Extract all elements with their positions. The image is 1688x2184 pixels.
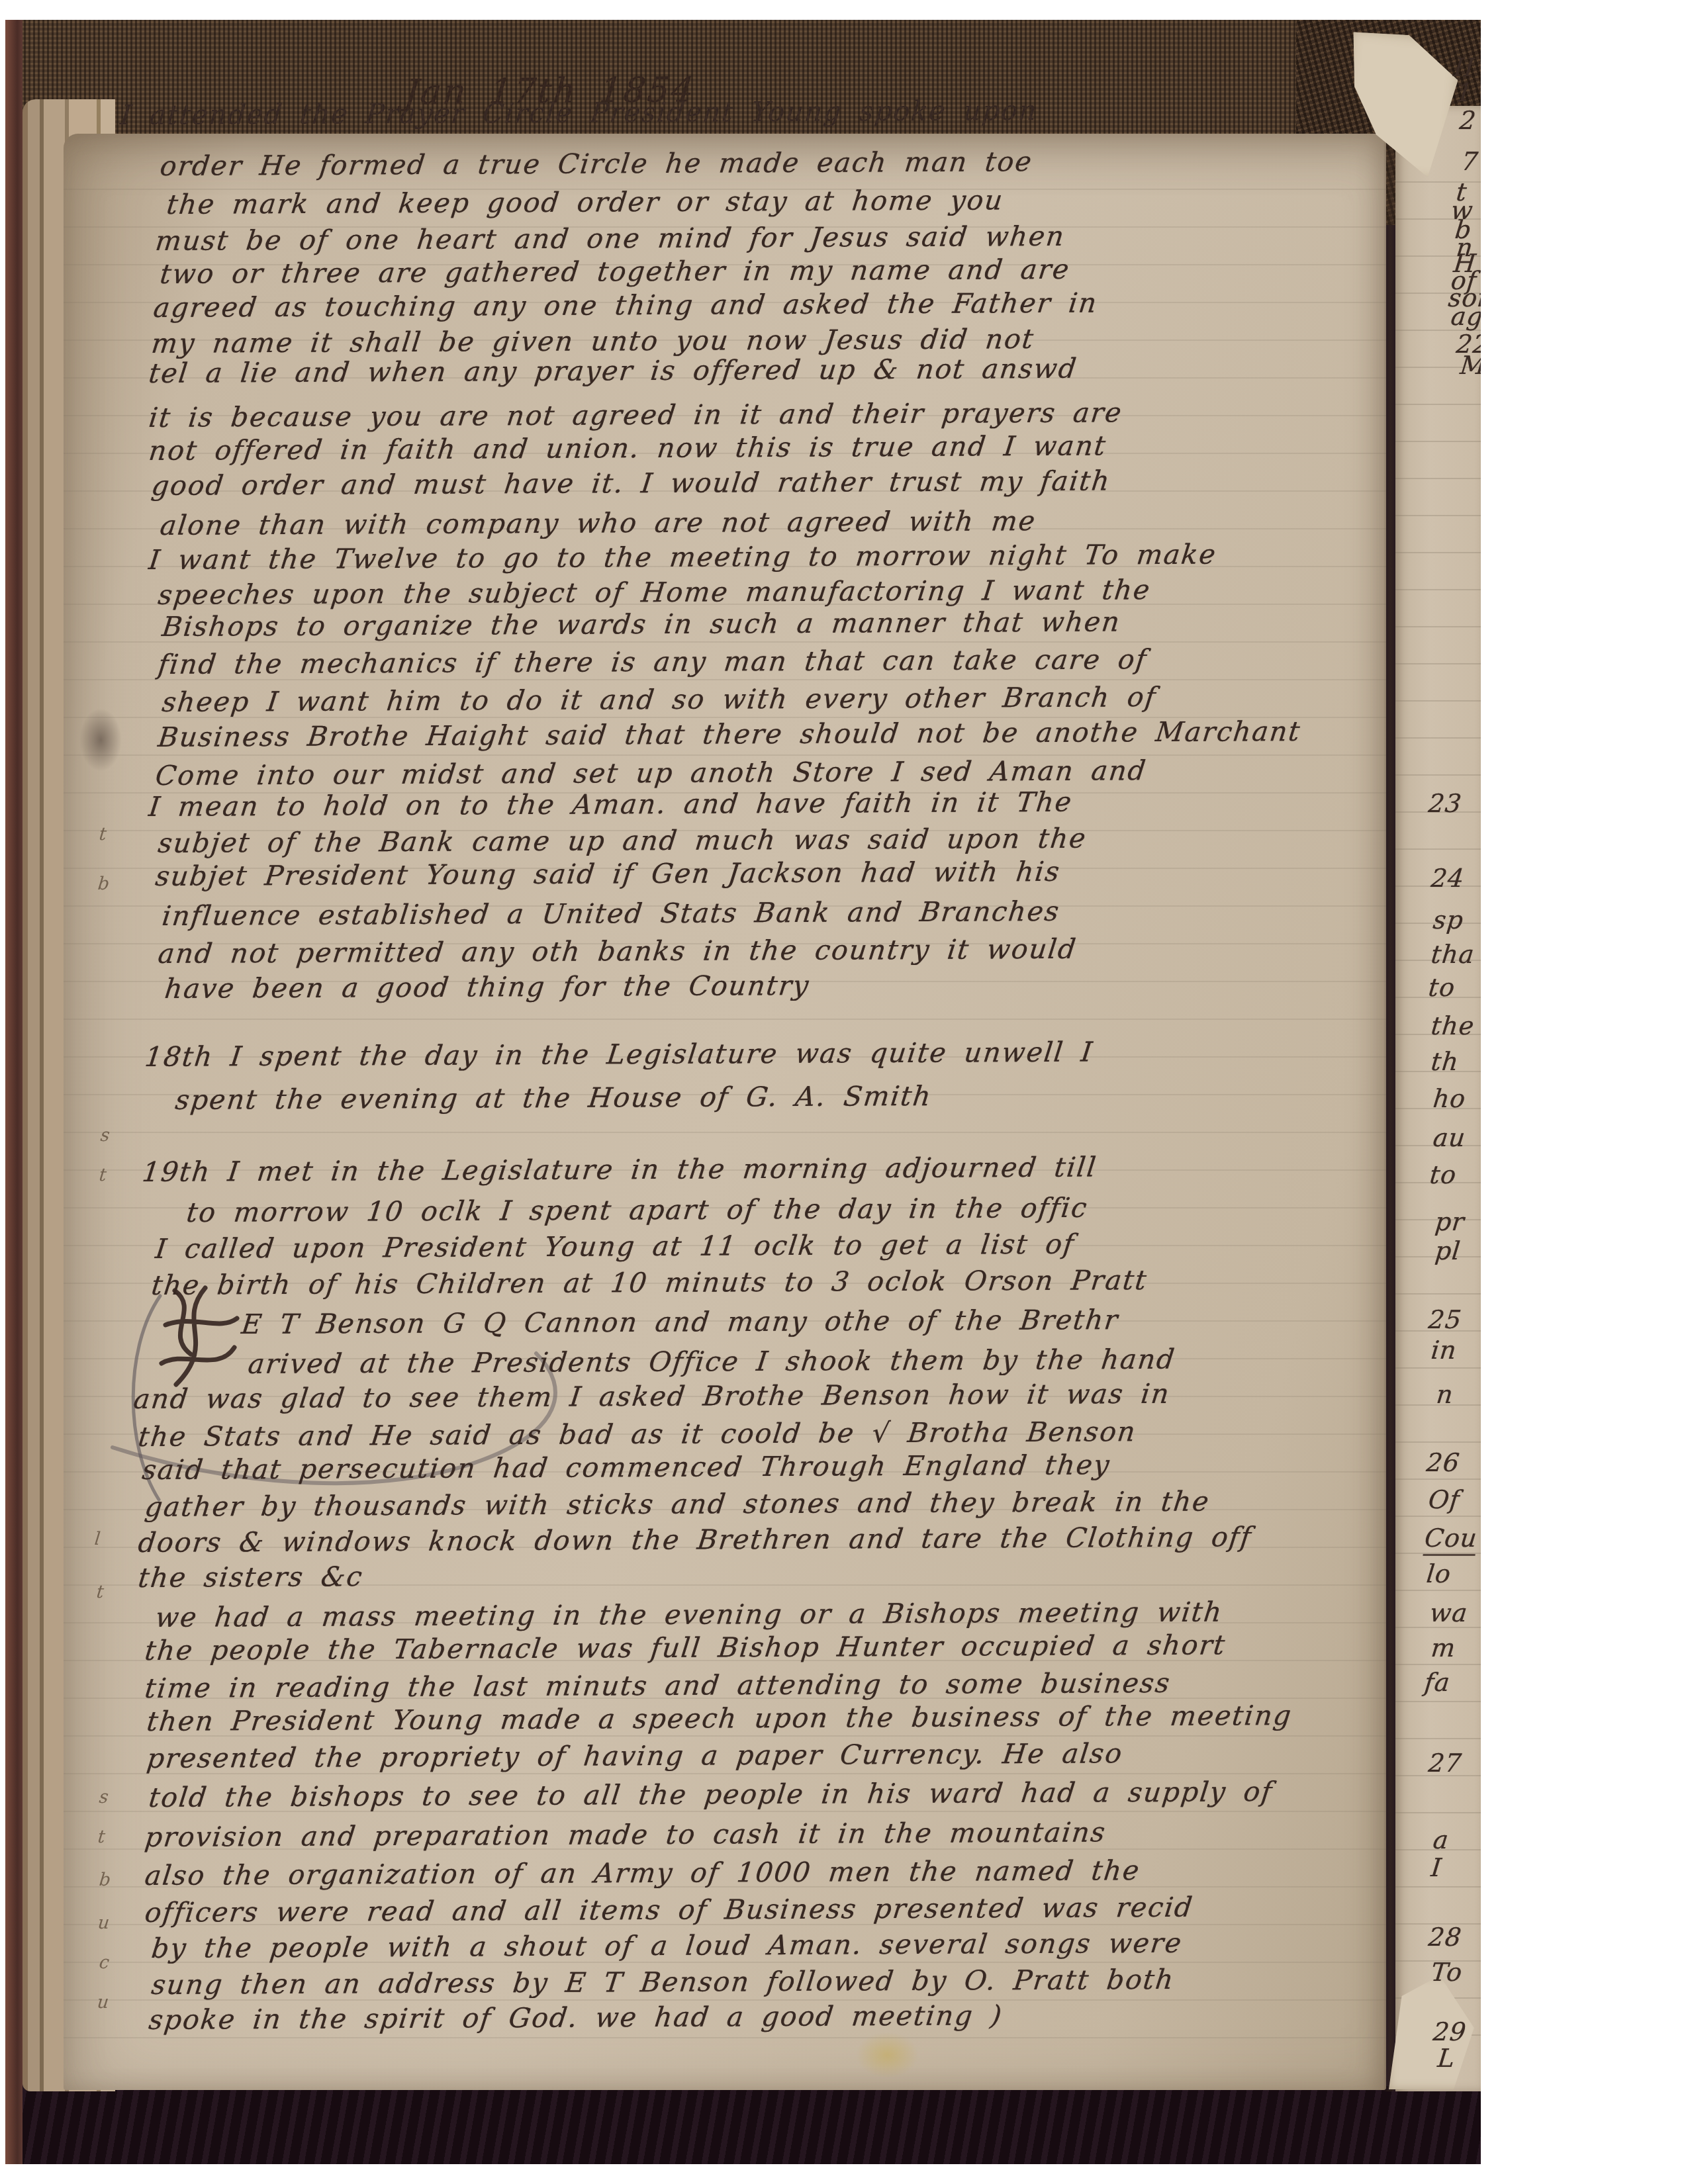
manuscript-line: I mean to hold on to the Aman. and have … — [147, 786, 1074, 823]
manuscript-line: I want the Twelve to go to the meeting t… — [147, 539, 1218, 576]
manuscript-line: spent the evening at the House of G. A. … — [173, 1080, 933, 1116]
manuscript-line: also the organization of an Army of 1000… — [143, 1854, 1142, 1891]
manuscript-line: gather by thousands with sticks and ston… — [143, 1486, 1211, 1523]
manuscript-line: doors & windows knock down the Brethren … — [136, 1521, 1254, 1559]
manuscript-line: I called upon President Young at 11 oclk… — [154, 1228, 1076, 1265]
adjacent-page-fragment: tha — [1430, 940, 1476, 969]
adjacent-page-fragment: Of — [1427, 1485, 1462, 1514]
adjacent-page-fragment: 28 — [1427, 1923, 1464, 1952]
journal-photo: Jan 17th 1854 I attended the Prayer Circ… — [5, 20, 1481, 2164]
manuscript-line: two or three are gathered together in my… — [158, 253, 1072, 290]
adjacent-page-fragment: ag — [1450, 302, 1481, 331]
manuscript-line: and was glad to see them I asked Brothe … — [132, 1378, 1172, 1415]
gutter-showthrough-mark: u — [97, 1913, 111, 1933]
adjacent-page-fragment: 24 — [1430, 864, 1466, 893]
gutter-showthrough-mark: t — [97, 1827, 106, 1847]
manuscript-line: order He formed a true Circle he made ea… — [158, 146, 1034, 182]
manuscript-line: provision and preparation made to cash i… — [143, 1816, 1107, 1853]
adjacent-page-fragment: M — [1459, 351, 1481, 380]
manuscript-line: the birth of his Children at 10 minuts t… — [150, 1264, 1149, 1301]
manuscript-line: told the bishops to see to all the peopl… — [147, 1776, 1274, 1813]
adjacent-page-fragment: pr — [1434, 1207, 1466, 1236]
adjacent-page-fragment: 7 — [1460, 147, 1480, 176]
manuscript-line: 18th I spent the day in the Legislature … — [143, 1036, 1095, 1073]
gutter-showthrough-mark: u — [96, 1992, 110, 2013]
adjacent-page-fragment: m — [1430, 1633, 1458, 1662]
manuscript-line: have been a good thing for the Country — [163, 970, 812, 1005]
manuscript-line: tel a lie and when any prayer is offered… — [147, 353, 1079, 389]
adjacent-page-fragment: the — [1430, 1011, 1476, 1040]
gutter-showthrough-mark: b — [98, 1870, 112, 1890]
adjacent-page-fragment: wa — [1429, 1598, 1470, 1627]
gutter-showthrough-mark: t — [98, 824, 107, 844]
manuscript-line: sheep I want him to do it and so with ev… — [160, 681, 1158, 718]
manuscript-line: officers were read and all items of Busi… — [143, 1891, 1195, 1929]
adjacent-page-fragment: 26 — [1425, 1448, 1462, 1477]
manuscript-line: by the people with a shout of a loud Ama… — [150, 1927, 1184, 1964]
manuscript-line: must be of one heart and one mind for Je… — [154, 220, 1066, 257]
manuscript-line: time in reading the last minuts and atte… — [143, 1667, 1172, 1704]
manuscript-line: spoke in the spirit of God. we had a goo… — [147, 1999, 1004, 2036]
adjacent-page-fragment: sp — [1432, 905, 1465, 934]
manuscript-line: alone than with company who are not agre… — [158, 505, 1038, 541]
gutter-showthrough-mark: s — [98, 1787, 109, 1807]
adjacent-page-fragment: 23 — [1427, 789, 1464, 818]
manuscript-line: arived at the Presidents Office I shook … — [246, 1343, 1177, 1380]
adjacent-page-fragment: to — [1429, 1160, 1458, 1189]
adjacent-page-fragment: au — [1432, 1123, 1468, 1152]
manuscript-line: to morrow 10 oclk I spent apart of the d… — [185, 1192, 1090, 1228]
manuscript-line: good order and must have it. I would rat… — [150, 465, 1112, 502]
gutter-showthrough-mark: l — [93, 1529, 101, 1549]
adjacent-page-fragment: fa — [1423, 1668, 1452, 1697]
adjacent-page-fragment: lo — [1425, 1559, 1453, 1588]
adjacent-page-fragment: in — [1430, 1336, 1458, 1365]
manuscript-line: the sisters &c — [136, 1561, 365, 1594]
manuscript-line: the people the Tabernacle was full Bisho… — [143, 1629, 1227, 1666]
adjacent-page-fragment: th — [1430, 1047, 1460, 1076]
manuscript-line: agreed as touching any one thing and ask… — [152, 287, 1100, 324]
gutter-showthrough-mark: c — [98, 1952, 110, 1973]
manuscript-line: said that persecution had commenced Thro… — [140, 1449, 1112, 1486]
manuscript-line: presented the propriety of having a pape… — [145, 1737, 1125, 1774]
adjacent-page-fragment: 27 — [1427, 1749, 1464, 1778]
adjacent-page-fragment: pl — [1434, 1236, 1462, 1265]
manuscript-line: then President Young made a speech upon … — [145, 1700, 1293, 1737]
manuscript-line: sung then an address by E T Benson follo… — [150, 1964, 1176, 2001]
gutter-showthrough-mark: s — [99, 1125, 111, 1146]
adjacent-page-fragment: 25 — [1427, 1305, 1464, 1334]
manuscript-line: influence established a United Stats Ban… — [160, 895, 1062, 932]
manuscript-line: subjet of the Bank came up and much was … — [156, 823, 1088, 859]
adjacent-page-fragment: 29 — [1432, 2017, 1468, 2046]
adjacent-page-fragment: L — [1436, 2044, 1457, 2073]
manuscript-line: I attended the Prayer Circle President Y… — [118, 95, 1039, 131]
adjacent-page-fragment: 1 — [1455, 78, 1475, 107]
manuscript-line: Bishops to organize the wards in such a … — [160, 606, 1122, 643]
manuscript-line: 19th I met in the Legislature in the mor… — [140, 1151, 1098, 1188]
adjacent-page-fragment: a — [1432, 1825, 1450, 1854]
adjacent-page-fragment: I — [1430, 1853, 1444, 1882]
manuscript-line: we had a mass meeting in the evening or … — [154, 1596, 1225, 1633]
manuscript-line: the mark and keep good order or stay at … — [165, 184, 1005, 220]
manuscript-line: it is because you are not agreed in it a… — [147, 396, 1124, 433]
manuscript-text-layer: Jan 17th 1854 I attended the Prayer Circ… — [5, 20, 1481, 2164]
gutter-showthrough-mark: b — [97, 874, 111, 894]
gutter-showthrough-mark: t — [95, 1582, 105, 1602]
manuscript-line: Business Brothe Haight said that there s… — [156, 715, 1303, 753]
adjacent-page-fragment: 2 — [1458, 106, 1478, 135]
adjacent-page-fragment: ho — [1432, 1084, 1468, 1113]
gutter-showthrough-mark: t — [98, 1165, 107, 1185]
manuscript-line: and not permitted any oth banks in the c… — [156, 933, 1078, 970]
adjacent-page-fragment: to — [1427, 973, 1457, 1002]
adjacent-page-fragment: Cou — [1423, 1524, 1479, 1556]
manuscript-line: find the mechanics if there is any man t… — [156, 643, 1149, 680]
manuscript-line: subjet President Young said if Gen Jacks… — [154, 856, 1062, 892]
adjacent-page-fragment: n — [1435, 1380, 1455, 1409]
manuscript-line: speeches upon the subject of Home manufa… — [156, 574, 1152, 611]
adjacent-page-fragment: To — [1430, 1958, 1464, 1987]
manuscript-line: not offered in faith and union. now this… — [147, 430, 1108, 467]
manuscript-line: the Stats and He said as bad as it coold… — [136, 1416, 1138, 1453]
manuscript-line: E T Benson G Q Cannon and many othe of t… — [240, 1304, 1120, 1340]
